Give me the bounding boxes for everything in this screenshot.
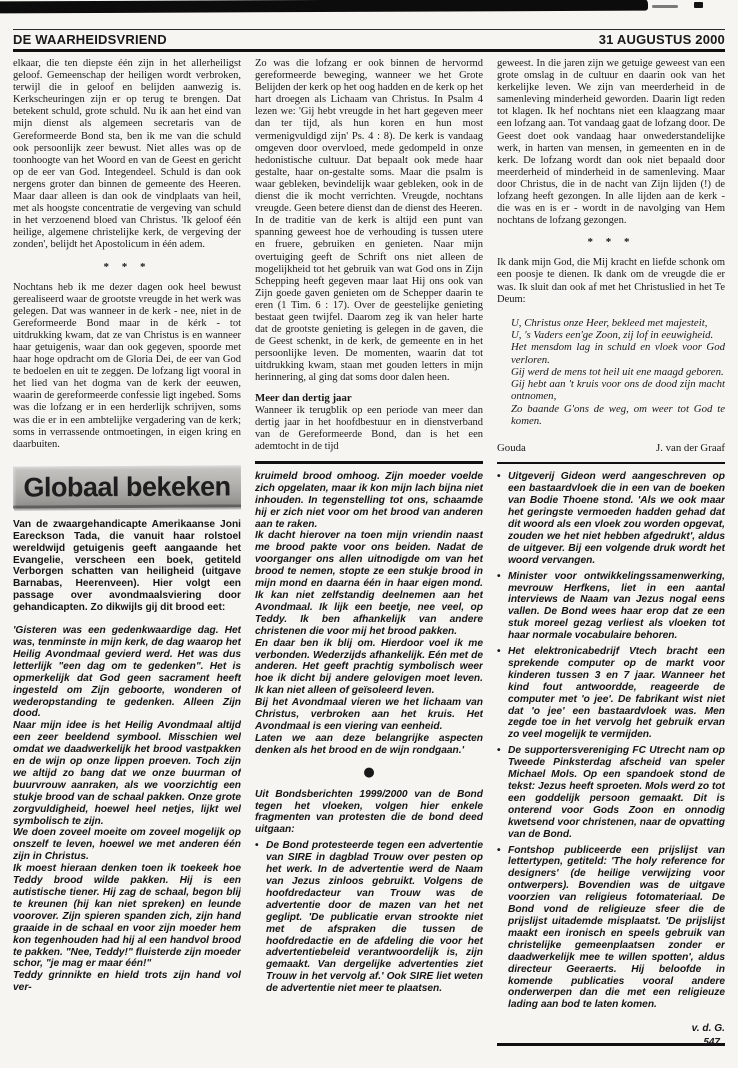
list-item-text: De supportersvereniging FC Utrecht nam o… [508,745,725,840]
list-item-text: Fontshop publiceerde een prijslijst van … [508,845,725,1012]
list-item: • Minister voor ontwikkelingssamenwerkin… [497,571,725,642]
hymn-line: U, 's Vaders een'ge Zoon, zij lof in eeu… [511,329,725,341]
list-item: • De Bond protesteerde tegen een adverte… [255,840,483,995]
globaal-bekeken-header-box: Globaal bekeken [13,465,241,508]
quote-paragraph: Laten we aan deze belangrijke aspecten d… [255,733,483,757]
hymn-line: U, Christus onze Heer, bekleed met majes… [511,317,725,329]
quote-paragraph: kruimeld brood omhoog. Zijn moeder voeld… [255,471,483,531]
issue-date: 31 AUGUSTUS 2000 [599,32,725,47]
column-2: Zo was die lofzang er ook binnen de herv… [255,58,483,1058]
article-paragraph: geweest. In die jaren zijn we getuige ge… [497,58,725,227]
article-columns: elkaar, die ten diepste één zijn in het … [13,58,725,1058]
bullet-icon: • [497,845,508,1012]
section-separator: * * * [13,261,241,273]
quote-paragraph: We doen zoveel moeite om zoveel mogelijk… [13,827,241,863]
article-paragraph: Zo was die lofzang er ook binnen de herv… [255,58,483,215]
te-deum-hymn: U, Christus onze Heer, bekleed met majes… [511,317,725,428]
article-paragraph: elkaar, die ten diepste één zijn in het … [13,58,241,252]
scan-artifact-band [0,0,648,13]
bullet-icon: • [497,571,508,642]
list-item-text: De Bond protesteerde tegen een advertent… [266,840,483,995]
article-paragraph: Nochtans heb ik me dezer dagen ook heel … [13,282,241,451]
article-subheading: Meer dan dertig jaar [255,392,483,404]
hymn-line: Gij hebt aan 't kruis voor ons de dood z… [511,378,725,403]
hymn-line: Zo baande G'ons de weg, om weer tot God … [511,403,725,428]
horizontal-rule [497,1043,725,1046]
quote-paragraph: 'Gisteren was een gedenkwaardige dag. He… [13,625,241,720]
column-1: elkaar, die ten diepste één zijn in het … [13,58,241,1058]
list-item-text: Uitgeverij Gideon werd aangeschreven op … [508,471,725,566]
column-3: geweest. In die jaren zijn we getuige ge… [497,58,725,1058]
bullet-icon: • [497,745,508,840]
quote-paragraph: Naar mijn idee is het Heilig Avondmaal a… [13,720,241,827]
quote-paragraph: Bij het Avondmaal vieren we het lichaam … [255,697,483,733]
horizontal-rule [497,462,725,464]
quote-paragraph: En daar ben ik blij om. Hierdoor voel ik… [255,638,483,698]
quote-paragraph: Teddy grinnikte en hield trots zijn hand… [13,970,241,994]
signature-place: Gouda [497,442,526,454]
bullet-icon: • [497,471,508,566]
list-item: • Fontshop publiceerde een prijslijst va… [497,845,725,1012]
masthead: DE WAARHEIDSVRIEND 31 AUGUSTUS 2000 [13,29,725,52]
scan-artifact-mark [694,2,703,8]
list-item: • Het elektronicabedrijf Vtech bracht ee… [497,646,725,741]
hymn-line: Gij werd de mens tot heil uit ene maagd … [511,366,725,378]
item-divider-dot: ● [255,765,483,780]
article-paragraph: Wanneer ik terugblik op een periode van … [255,405,483,453]
page-number: 547 [703,1037,720,1048]
list-item-text: Het elektronicabedrijf Vtech bracht een … [508,646,725,741]
article-paragraph: In de traditie van de kerk is altijd een… [255,215,483,384]
scan-artifact-mark [652,5,678,8]
quote-paragraph: Ik dacht hierover na toen mijn vriendin … [255,530,483,637]
newspaper-page: DE WAARHEIDSVRIEND 31 AUGUSTUS 2000 elka… [0,0,738,1068]
section-separator: * * * [497,236,725,248]
publication-title: DE WAARHEIDSVRIEND [13,32,167,47]
signature-author: J. van der Graaf [656,442,725,454]
article-signature: Gouda J. van der Graaf [497,442,725,454]
hymn-line: Het mensdom lag in schuld en vloek voor … [511,341,725,366]
list-item-text: Minister voor ontwikkelingssamenwerking,… [508,571,725,642]
section-title: Globaal bekeken [23,471,230,503]
horizontal-rule [255,461,483,464]
list-item: • Uitgeverij Gideon werd aangeschreven o… [497,471,725,566]
globaal-bekeken-intro: Van de zwaargehandicapte Amerikaanse Jon… [13,519,241,614]
quote-paragraph: Ik moest hieraan denken toen ik toekeek … [13,863,241,970]
article-paragraph: Ik dank mijn God, die Mij kracht en lief… [497,257,725,305]
list-item: • De supportersvereniging FC Utrecht nam… [497,745,725,840]
bullet-icon: • [255,840,266,995]
column-signature: v. d. G. [497,1023,725,1035]
bullet-icon: • [497,646,508,741]
bond-section-intro: Uit Bondsberichten 1999/2000 van de Bond… [255,789,483,837]
